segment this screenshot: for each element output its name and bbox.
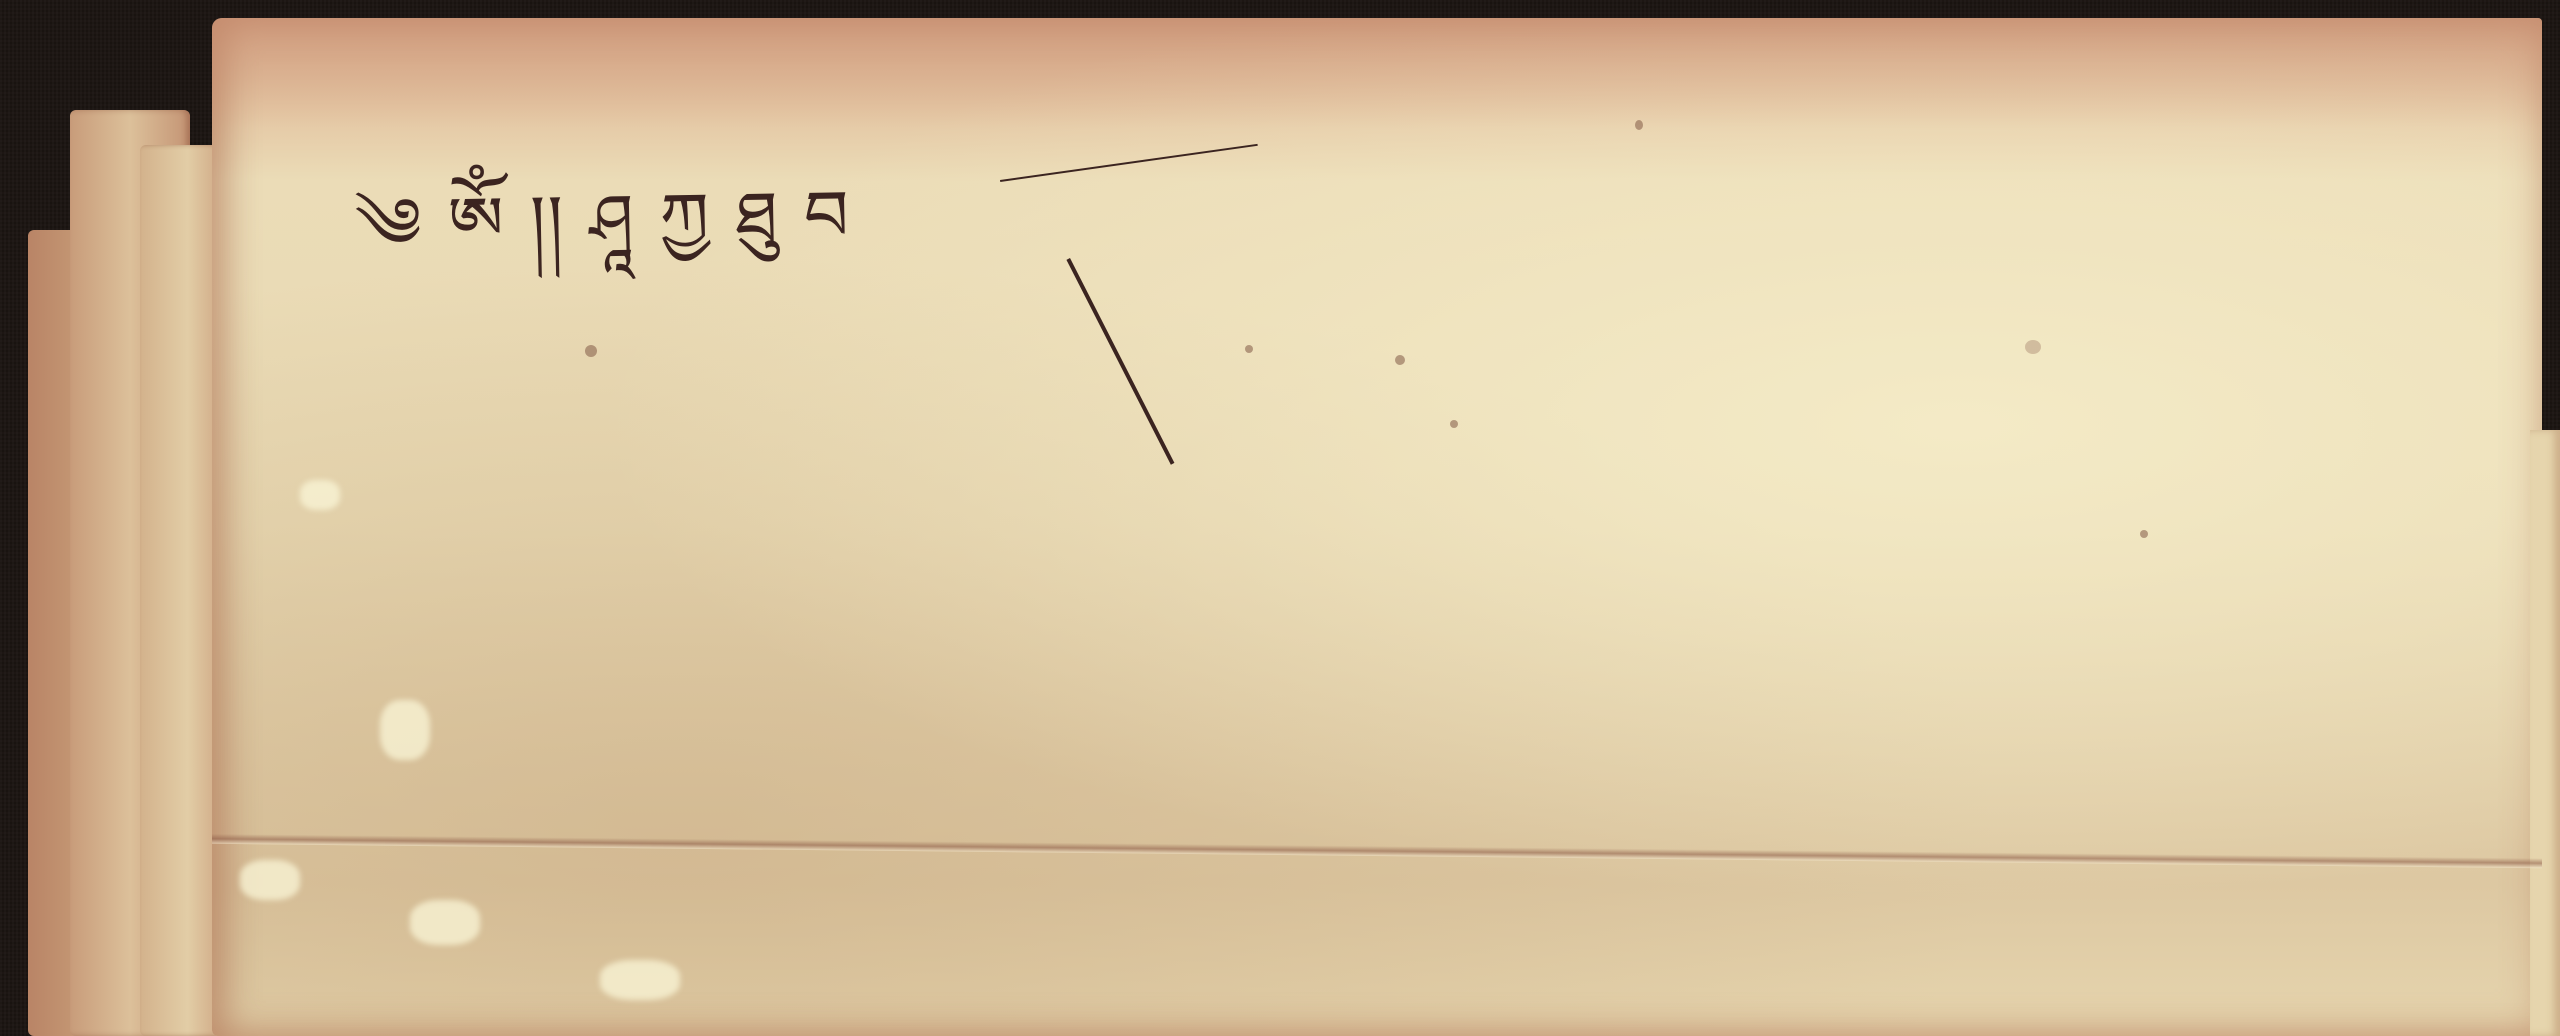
stain-spot	[1245, 345, 1253, 353]
stain-spot	[1395, 355, 1405, 365]
stain-spot	[2025, 340, 2041, 354]
stain-spot	[1450, 420, 1458, 428]
edge-stain	[212, 18, 2542, 128]
right-lower-leaf-edge	[2530, 430, 2560, 1036]
abrasion	[300, 480, 340, 510]
abrasion	[410, 900, 480, 945]
stain-spot	[1635, 120, 1643, 130]
abrasion	[240, 860, 300, 900]
inscription: ༄ ཨོཾ །། ཤཱ ཀྱ ཐུ བ	[353, 138, 853, 344]
abrasion	[600, 960, 680, 1000]
abrasion	[380, 700, 430, 760]
stain-spot	[2140, 530, 2148, 538]
stain-spot	[585, 345, 597, 357]
